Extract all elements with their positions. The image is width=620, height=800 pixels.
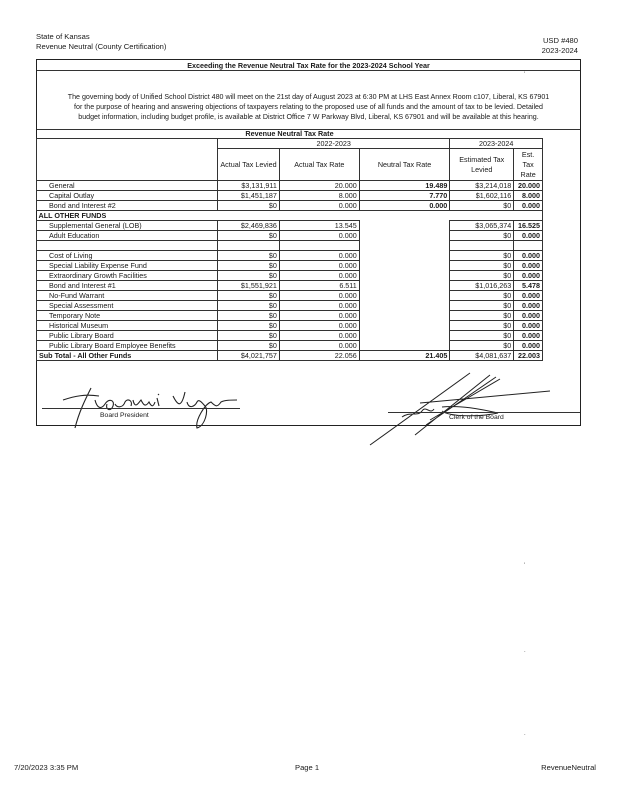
fund-name: Special Liability Expense Fund bbox=[37, 261, 218, 271]
table-row: Supplemental General (LOB)$2,469,83613.5… bbox=[37, 221, 543, 231]
table-row: Historical Museum$00.000$00.000 bbox=[37, 321, 543, 331]
neutral-tax-rate: 7.770 bbox=[359, 191, 450, 201]
document-header-left: State of Kansas Revenue Neutral (County … bbox=[36, 32, 166, 52]
estimated-tax-levied: $0 bbox=[450, 291, 514, 301]
actual-tax-rate: 0.000 bbox=[279, 311, 359, 321]
page-number: Page 1 bbox=[295, 763, 319, 772]
estimated-tax-levied: $4,081,637 bbox=[450, 351, 514, 361]
estimated-tax-levied: $0 bbox=[450, 311, 514, 321]
report-name: RevenueNeutral bbox=[541, 763, 596, 772]
table-row bbox=[37, 241, 543, 251]
district-label: USD #480 bbox=[542, 36, 578, 46]
actual-tax-levied: $0 bbox=[218, 321, 280, 331]
fund-name bbox=[37, 241, 218, 251]
estimated-tax-levied: $3,214,018 bbox=[450, 181, 514, 191]
table-row: Bond and Interest #1$1,551,9216.511$1,01… bbox=[37, 281, 543, 291]
actual-tax-levied: $0 bbox=[218, 341, 280, 351]
estimated-tax-levied: $0 bbox=[450, 301, 514, 311]
est-tax-rate: 20.000 bbox=[514, 181, 543, 191]
estimated-tax-levied: $0 bbox=[450, 321, 514, 331]
est-tax-rate: 0.000 bbox=[514, 331, 543, 341]
table-row: Bond and Interest #2$00.0000.000$00.000 bbox=[37, 201, 543, 211]
table-row: Adult Education$00.000$00.000 bbox=[37, 231, 543, 241]
fund-name: General bbox=[37, 181, 218, 191]
print-datetime: 7/20/2023 3:35 PM bbox=[14, 763, 78, 772]
notice-line: budget information, including budget pro… bbox=[39, 112, 578, 122]
fund-name: Public Library Board Employee Benefits bbox=[37, 341, 218, 351]
col-est-tax-rate: Est. Tax Rate bbox=[514, 149, 543, 181]
col-actual-tax-rate: Actual Tax Rate bbox=[279, 149, 359, 181]
actual-tax-rate: 0.000 bbox=[279, 291, 359, 301]
est-tax-rate: 0.000 bbox=[514, 311, 543, 321]
fund-name: Temporary Note bbox=[37, 311, 218, 321]
est-tax-rate: 0.000 bbox=[514, 231, 543, 241]
fund-name: Adult Education bbox=[37, 231, 218, 241]
est-tax-rate: 0.000 bbox=[514, 301, 543, 311]
est-tax-rate: 22.003 bbox=[514, 351, 543, 361]
est-tax-rate: 0.000 bbox=[514, 271, 543, 281]
board-president-label: Board President bbox=[100, 412, 149, 419]
estimated-tax-levied: $0 bbox=[450, 231, 514, 241]
blank-cell bbox=[514, 211, 543, 221]
actual-tax-rate: 0.000 bbox=[279, 231, 359, 241]
actual-tax-rate: 8.000 bbox=[279, 191, 359, 201]
estimated-tax-levied: $0 bbox=[450, 251, 514, 261]
fund-name: Extraordinary Growth Facilities bbox=[37, 271, 218, 281]
estimated-tax-levied: $0 bbox=[450, 201, 514, 211]
est-tax-rate: 0.000 bbox=[514, 251, 543, 261]
scan-speck: . bbox=[524, 648, 526, 654]
est-tax-rate: 5.478 bbox=[514, 281, 543, 291]
neutral-tax-rate: 19.489 bbox=[359, 181, 450, 191]
table-row: Extraordinary Growth Facilities$00.000$0… bbox=[37, 271, 543, 281]
state-label: State of Kansas bbox=[36, 32, 166, 42]
actual-tax-rate: 0.000 bbox=[279, 321, 359, 331]
estimated-tax-levied: $3,065,374 bbox=[450, 221, 514, 231]
estimated-tax-levied bbox=[450, 241, 514, 251]
actual-tax-rate: 0.000 bbox=[279, 331, 359, 341]
actual-tax-rate: 20.000 bbox=[279, 181, 359, 191]
estimated-tax-levied: $0 bbox=[450, 341, 514, 351]
scan-speck: ' bbox=[524, 563, 525, 569]
fund-name: Capital Outlay bbox=[37, 191, 218, 201]
notice-line: for the purpose of hearing and answering… bbox=[39, 102, 578, 112]
table-row: No-Fund Warrant$00.000$00.000 bbox=[37, 291, 543, 301]
actual-tax-levied: $0 bbox=[218, 261, 280, 271]
notice-line: The governing body of Unified School Dis… bbox=[39, 92, 578, 102]
scan-speck: ' bbox=[524, 72, 525, 78]
document-header-right: USD #480 2023-2024 bbox=[542, 36, 578, 56]
subtotal-row: Sub Total - All Other Funds$4,021,75722.… bbox=[37, 351, 543, 361]
actual-tax-levied: $0 bbox=[218, 271, 280, 281]
actual-tax-rate: 0.000 bbox=[279, 251, 359, 261]
table-row: Cost of Living$00.000$00.000 bbox=[37, 251, 543, 261]
est-tax-rate: 0.000 bbox=[514, 341, 543, 351]
actual-tax-levied: $0 bbox=[218, 251, 280, 261]
actual-tax-levied: $3,131,911 bbox=[218, 181, 280, 191]
actual-tax-levied: $1,551,921 bbox=[218, 281, 280, 291]
actual-tax-levied: $1,451,187 bbox=[218, 191, 280, 201]
period-prior: 2022-2023 bbox=[218, 139, 450, 149]
section-label: ALL OTHER FUNDS bbox=[37, 211, 514, 221]
estimated-tax-levied: $1,016,263 bbox=[450, 281, 514, 291]
actual-tax-levied: $0 bbox=[218, 231, 280, 241]
estimated-tax-levied: $0 bbox=[450, 331, 514, 341]
table-row: Temporary Note$00.000$00.000 bbox=[37, 311, 543, 321]
clerk-signature bbox=[360, 365, 580, 450]
est-tax-rate: 0.000 bbox=[514, 261, 543, 271]
signature-line bbox=[42, 408, 240, 409]
actual-tax-rate: 13.545 bbox=[279, 221, 359, 231]
est-tax-rate: 0.000 bbox=[514, 291, 543, 301]
board-president-signature bbox=[55, 370, 245, 430]
col-estimated-tax-levied: Estimated Tax Levied bbox=[450, 149, 514, 181]
revenue-neutral-table: Revenue Neutral Tax Rate 2022-2023 2023-… bbox=[36, 129, 543, 361]
actual-tax-levied: $4,021,757 bbox=[218, 351, 280, 361]
divider bbox=[37, 70, 580, 71]
table-row: Special Liability Expense Fund$00.000$00… bbox=[37, 261, 543, 271]
actual-tax-rate: 0.000 bbox=[279, 301, 359, 311]
clerk-label: Clerk of the Board bbox=[449, 414, 504, 421]
section-row: ALL OTHER FUNDS bbox=[37, 211, 543, 221]
estimated-tax-levied: $0 bbox=[450, 261, 514, 271]
est-tax-rate: 8.000 bbox=[514, 191, 543, 201]
actual-tax-rate: 22.056 bbox=[279, 351, 359, 361]
fund-name: No-Fund Warrant bbox=[37, 291, 218, 301]
actual-tax-levied: $2,469,836 bbox=[218, 221, 280, 231]
estimated-tax-levied: $1,602,116 bbox=[450, 191, 514, 201]
neutral-tax-rate: 21.405 bbox=[359, 351, 450, 361]
fund-name: Supplemental General (LOB) bbox=[37, 221, 218, 231]
table-row: Public Library Board Employee Benefits$0… bbox=[37, 341, 543, 351]
period-current: 2023-2024 bbox=[450, 139, 543, 149]
col-neutral-tax-rate: Neutral Tax Rate bbox=[359, 149, 450, 181]
actual-tax-rate: 0.000 bbox=[279, 261, 359, 271]
fund-name: Special Assessment bbox=[37, 301, 218, 311]
est-tax-rate: 0.000 bbox=[514, 321, 543, 331]
table-row: Capital Outlay$1,451,1878.0007.770$1,602… bbox=[37, 191, 543, 201]
actual-tax-rate: 0.000 bbox=[279, 201, 359, 211]
est-tax-rate bbox=[514, 241, 543, 251]
est-tax-rate: 0.000 bbox=[514, 201, 543, 211]
estimated-tax-levied: $0 bbox=[450, 271, 514, 281]
actual-tax-rate: 0.000 bbox=[279, 271, 359, 281]
actual-tax-levied: $0 bbox=[218, 201, 280, 211]
actual-tax-rate: 0.000 bbox=[279, 341, 359, 351]
header-blank bbox=[37, 139, 218, 181]
table-row: Public Library Board$00.000$00.000 bbox=[37, 331, 543, 341]
year-label: 2023-2024 bbox=[542, 46, 578, 56]
fund-name: Bond and Interest #1 bbox=[37, 281, 218, 291]
actual-tax-levied bbox=[218, 241, 280, 251]
actual-tax-levied: $0 bbox=[218, 311, 280, 321]
neutral-tax-rate: 0.000 bbox=[359, 201, 450, 211]
scan-speck: . bbox=[524, 731, 526, 737]
est-tax-rate: 16.525 bbox=[514, 221, 543, 231]
fund-name: Sub Total - All Other Funds bbox=[37, 351, 218, 361]
notice-title: Exceeding the Revenue Neutral Tax Rate f… bbox=[37, 61, 580, 70]
table-row: Special Assessment$00.000$00.000 bbox=[37, 301, 543, 311]
form-name: Revenue Neutral (County Certification) bbox=[36, 42, 166, 52]
col-actual-tax-levied: Actual Tax Levied bbox=[218, 149, 280, 181]
fund-name: Public Library Board bbox=[37, 331, 218, 341]
table-row: General$3,131,91120.00019.489$3,214,0182… bbox=[37, 181, 543, 191]
actual-tax-levied: $0 bbox=[218, 331, 280, 341]
fund-name: Bond and Interest #2 bbox=[37, 201, 218, 211]
table-title: Revenue Neutral Tax Rate bbox=[37, 129, 543, 139]
actual-tax-rate bbox=[279, 241, 359, 251]
fund-name: Cost of Living bbox=[37, 251, 218, 261]
notice-paragraph: The governing body of Unified School Dis… bbox=[39, 92, 578, 122]
signature-line bbox=[388, 412, 580, 413]
actual-tax-levied: $0 bbox=[218, 301, 280, 311]
actual-tax-rate: 6.511 bbox=[279, 281, 359, 291]
fund-name: Historical Museum bbox=[37, 321, 218, 331]
actual-tax-levied: $0 bbox=[218, 291, 280, 301]
neutral-tax-rate-blank bbox=[359, 221, 450, 351]
